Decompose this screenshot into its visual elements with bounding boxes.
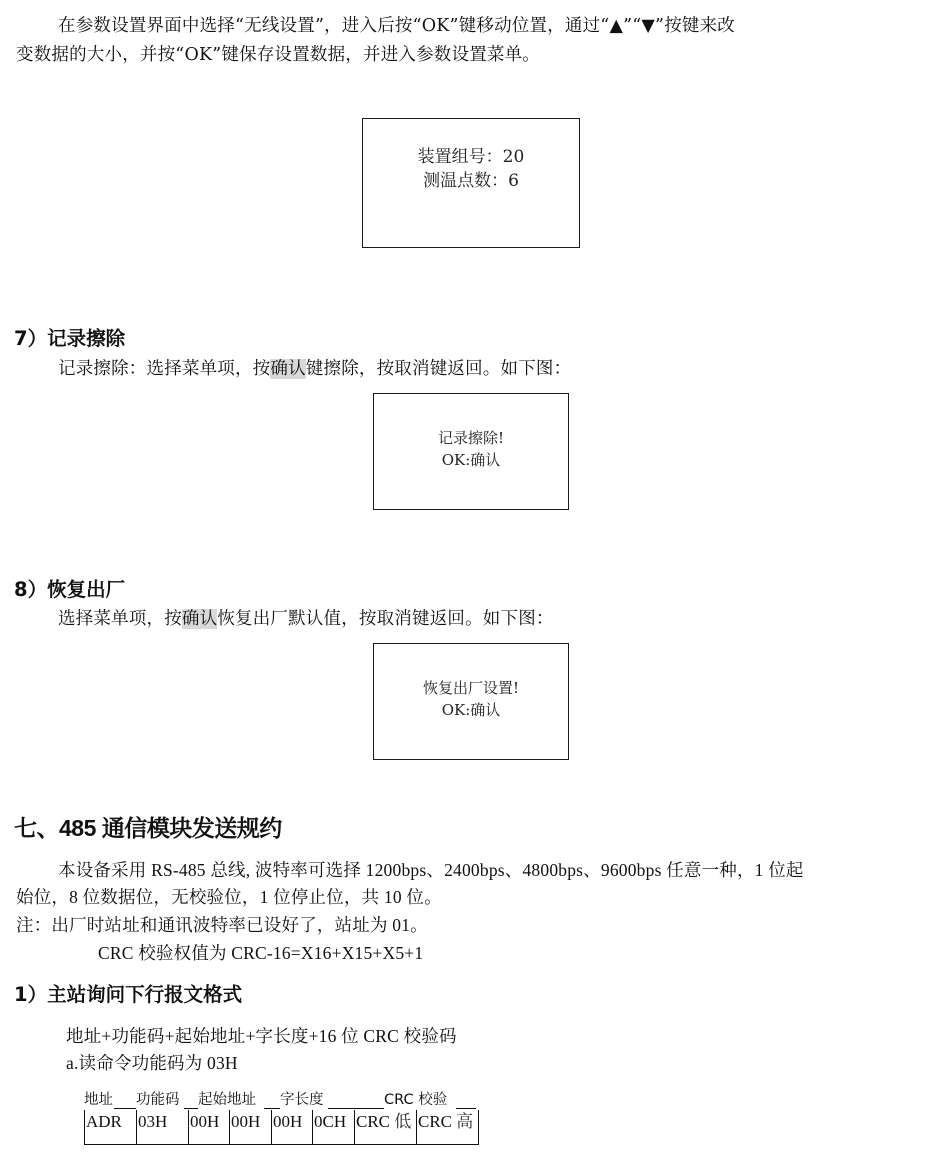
- screen-line-ok-confirm: OK:确认: [442, 449, 501, 471]
- section-8-desc-before: 选择菜单项，按: [58, 609, 182, 629]
- intro-line-1: 在参数设置界面中选择“无线设置”，进入后按“OK”键移动位置，通过“▲”“▼”按…: [58, 15, 735, 37]
- screen-line-group-number: 装置组号：20: [418, 145, 525, 169]
- label-underline: [264, 1108, 280, 1109]
- screen-line-erase: 记录擦除!: [438, 427, 504, 449]
- label-underline: [114, 1108, 136, 1109]
- label-address: 地址: [84, 1090, 113, 1110]
- label-function-code: 功能码: [136, 1090, 180, 1110]
- subsection-1-title: 1）主站询问下行报文格式: [14, 982, 242, 1008]
- erase-record-screen: 记录擦除! OK:确认: [373, 393, 569, 510]
- cell-crc-high: CRC 高: [416, 1110, 479, 1144]
- screen-line-ok-confirm: OK:确认: [442, 699, 501, 721]
- wireless-settings-screen: 装置组号：20 测温点数：6: [362, 118, 580, 248]
- chapter-title: 七、485 通信模块发送规约: [14, 813, 282, 843]
- label-crc-check: CRC 校验: [384, 1090, 447, 1110]
- screen-line-temp-points: 测温点数：6: [423, 169, 519, 193]
- factory-reset-screen: 恢复出厂设置! OK:确认: [373, 643, 569, 760]
- intro-line-2: 变数据的大小，并按“OK”键保存设置数据，并进入参数设置菜单。: [16, 44, 540, 66]
- screen-line-factory-reset: 恢复出厂设置!: [423, 677, 519, 699]
- label-underline: [328, 1108, 384, 1109]
- label-word-length: 字长度: [280, 1090, 324, 1110]
- section-7-desc-after: 键擦除，按取消键返回。如下图：: [306, 359, 572, 379]
- section-7-description: 记录擦除：选择菜单项，按确认键擦除，按取消键返回。如下图：: [58, 358, 571, 380]
- chapter-para-line-2: 始位，8 位数据位，无校验位，1 位停止位，共 10 位。: [16, 886, 442, 908]
- chapter-note: 注：出厂时站址和通讯波特率已设好了，站址为 01。: [16, 914, 428, 936]
- read-command-code: a.读命令功能码为 03H: [66, 1052, 238, 1074]
- section-8-desc-after: 恢复出厂默认值，按取消键返回。如下图：: [217, 609, 553, 629]
- section-8-title: 8）恢复出厂: [14, 577, 125, 603]
- cell-length-low: 0CH: [312, 1110, 354, 1144]
- frame-table-cells: ADR 03H 00H 00H 00H 0CH CRC 低 CRC 高: [84, 1110, 479, 1145]
- section-7-title: 7）记录擦除: [14, 326, 125, 352]
- label-underline: [184, 1108, 198, 1109]
- cell-length-high: 00H: [271, 1110, 312, 1144]
- frame-format: 地址+功能码+起始地址+字长度+16 位 CRC 校验码: [66, 1025, 457, 1047]
- section-8-description: 选择菜单项，按确认恢复出厂默认值，按取消键返回。如下图：: [58, 608, 554, 630]
- cell-function-code: 03H: [136, 1110, 188, 1144]
- section-7-desc-highlight: 确认: [270, 359, 305, 379]
- chapter-para-line-1: 本设备采用 RS-485 总线, 波特率可选择 1200bps、2400bps、…: [58, 859, 804, 881]
- cell-start-addr-high: 00H: [188, 1110, 229, 1144]
- cell-start-addr-low: 00H: [229, 1110, 271, 1144]
- label-start-address: 起始地址: [198, 1090, 256, 1110]
- crc-polynomial: CRC 校验权值为 CRC-16=X16+X15+X5+1: [98, 942, 423, 964]
- section-8-desc-highlight: 确认: [182, 609, 217, 629]
- section-7-desc-before: 记录擦除：选择菜单项，按: [58, 359, 270, 379]
- label-underline: [456, 1108, 476, 1109]
- cell-adr: ADR: [84, 1110, 136, 1144]
- cell-crc-low: CRC 低: [354, 1110, 416, 1144]
